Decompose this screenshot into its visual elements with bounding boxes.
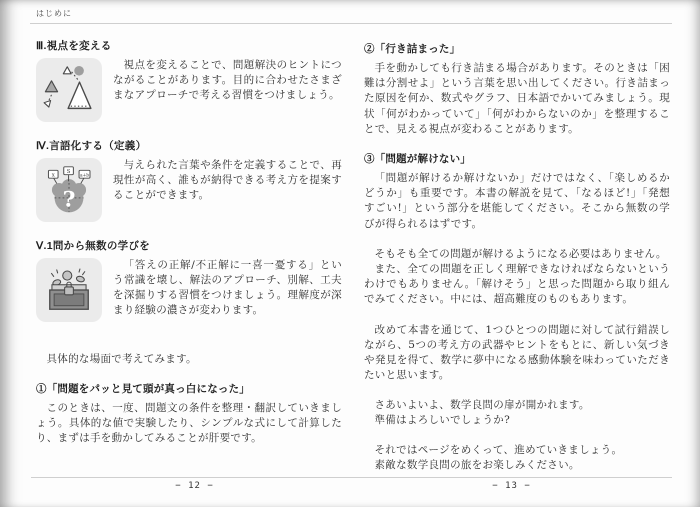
section-5-body: 「答えの正解/不正解に一喜一憂する」という常識を壊し、解法のアプローチ、別解、工…: [113, 258, 342, 322]
svg-text:?: ?: [63, 187, 76, 213]
closing-line-1: さあいよいよ、数学良問の扉が開かれます。: [364, 398, 670, 413]
paragraph-3: 改めて本書を通じて、1つひとつの問題に対して試行錯誤しながら、5つの考え方の武器…: [364, 323, 670, 384]
page-numbers: − 12 − − 13 −: [36, 481, 670, 491]
brain-question-icon: ? x S a+b: [36, 158, 102, 222]
book-spread: はじめに Ⅲ.視点を変える: [0, 0, 700, 507]
section-4-heading: Ⅳ.言語化する（定義）: [36, 138, 342, 153]
section-3: Ⅲ.視点を変える 視点を変: [36, 38, 342, 122]
section-4-body: 与えられた言葉や条件を定義することで、再現性が高く、誰もが納得できる考え方を提案…: [113, 158, 342, 222]
closing-line-4: 素敵な数学良問の旅をお楽しみください。: [364, 458, 670, 473]
left-page-number: − 12 −: [36, 481, 353, 491]
header-rule: [30, 23, 672, 24]
case2-heading: ②「行き詰まった」: [364, 41, 670, 56]
case2-body: 手を動かしても行き詰まる場合があります。そのときは「困難は分割せよ」という言葉を…: [364, 61, 670, 137]
perspective-shapes-icon: [36, 58, 102, 122]
section-3-heading: Ⅲ.視点を変える: [36, 38, 342, 53]
pages-container: Ⅲ.視点を変える 視点を変: [36, 38, 670, 467]
footer-rule: [31, 477, 672, 478]
right-page: ②「行き詰まった」 手を動かしても行き詰まる場合があります。そのときは「困難は分…: [364, 38, 670, 467]
closing-line-3: それではページをめくって、進めていきましょう。: [364, 443, 670, 458]
case1-heading: ①「問題をパッと見て頭が真っ白になった」: [36, 381, 342, 396]
brain-tag-s: S: [67, 169, 71, 175]
case3-heading: ③「問題が解けない」: [364, 151, 670, 166]
brain-tag-ab: a+b: [80, 173, 89, 178]
section-4: Ⅳ.言語化する（定義） ?: [36, 138, 342, 222]
section-5: Ⅴ.1問から無数の学びを: [36, 238, 342, 322]
right-page-number: − 13 −: [353, 481, 670, 491]
paragraph-2: また、全ての問題を正しく理解できなければならないというわけでもありません。「解け…: [364, 262, 670, 308]
closing-line-2: 準備はよろしいでしょうか?: [364, 413, 670, 428]
left-page: Ⅲ.視点を変える 視点を変: [36, 38, 342, 467]
running-header: はじめに: [36, 8, 72, 19]
case3-body: 「問題が解けるか解けないか」だけではなく、「楽しめるかどうか」も重要です。本書の…: [364, 171, 670, 232]
section-3-body: 視点を変えることで、問題解決のヒントにつながることがあります。目的に合わせたさま…: [113, 58, 342, 122]
paragraph-1: そもそも全ての問題が解けるようになる必要はありません。: [364, 247, 670, 262]
intro-line: 具体的な場面で考えてみます。: [36, 352, 342, 367]
case1-body: このときは、一度、問題文の条件を整理・翻訳していきましょう。具体的な値で実験した…: [36, 401, 342, 447]
section-5-heading: Ⅴ.1問から無数の学びを: [36, 238, 342, 253]
treasure-chest-icon: [36, 258, 102, 322]
brain-tag-x: x: [52, 173, 55, 179]
